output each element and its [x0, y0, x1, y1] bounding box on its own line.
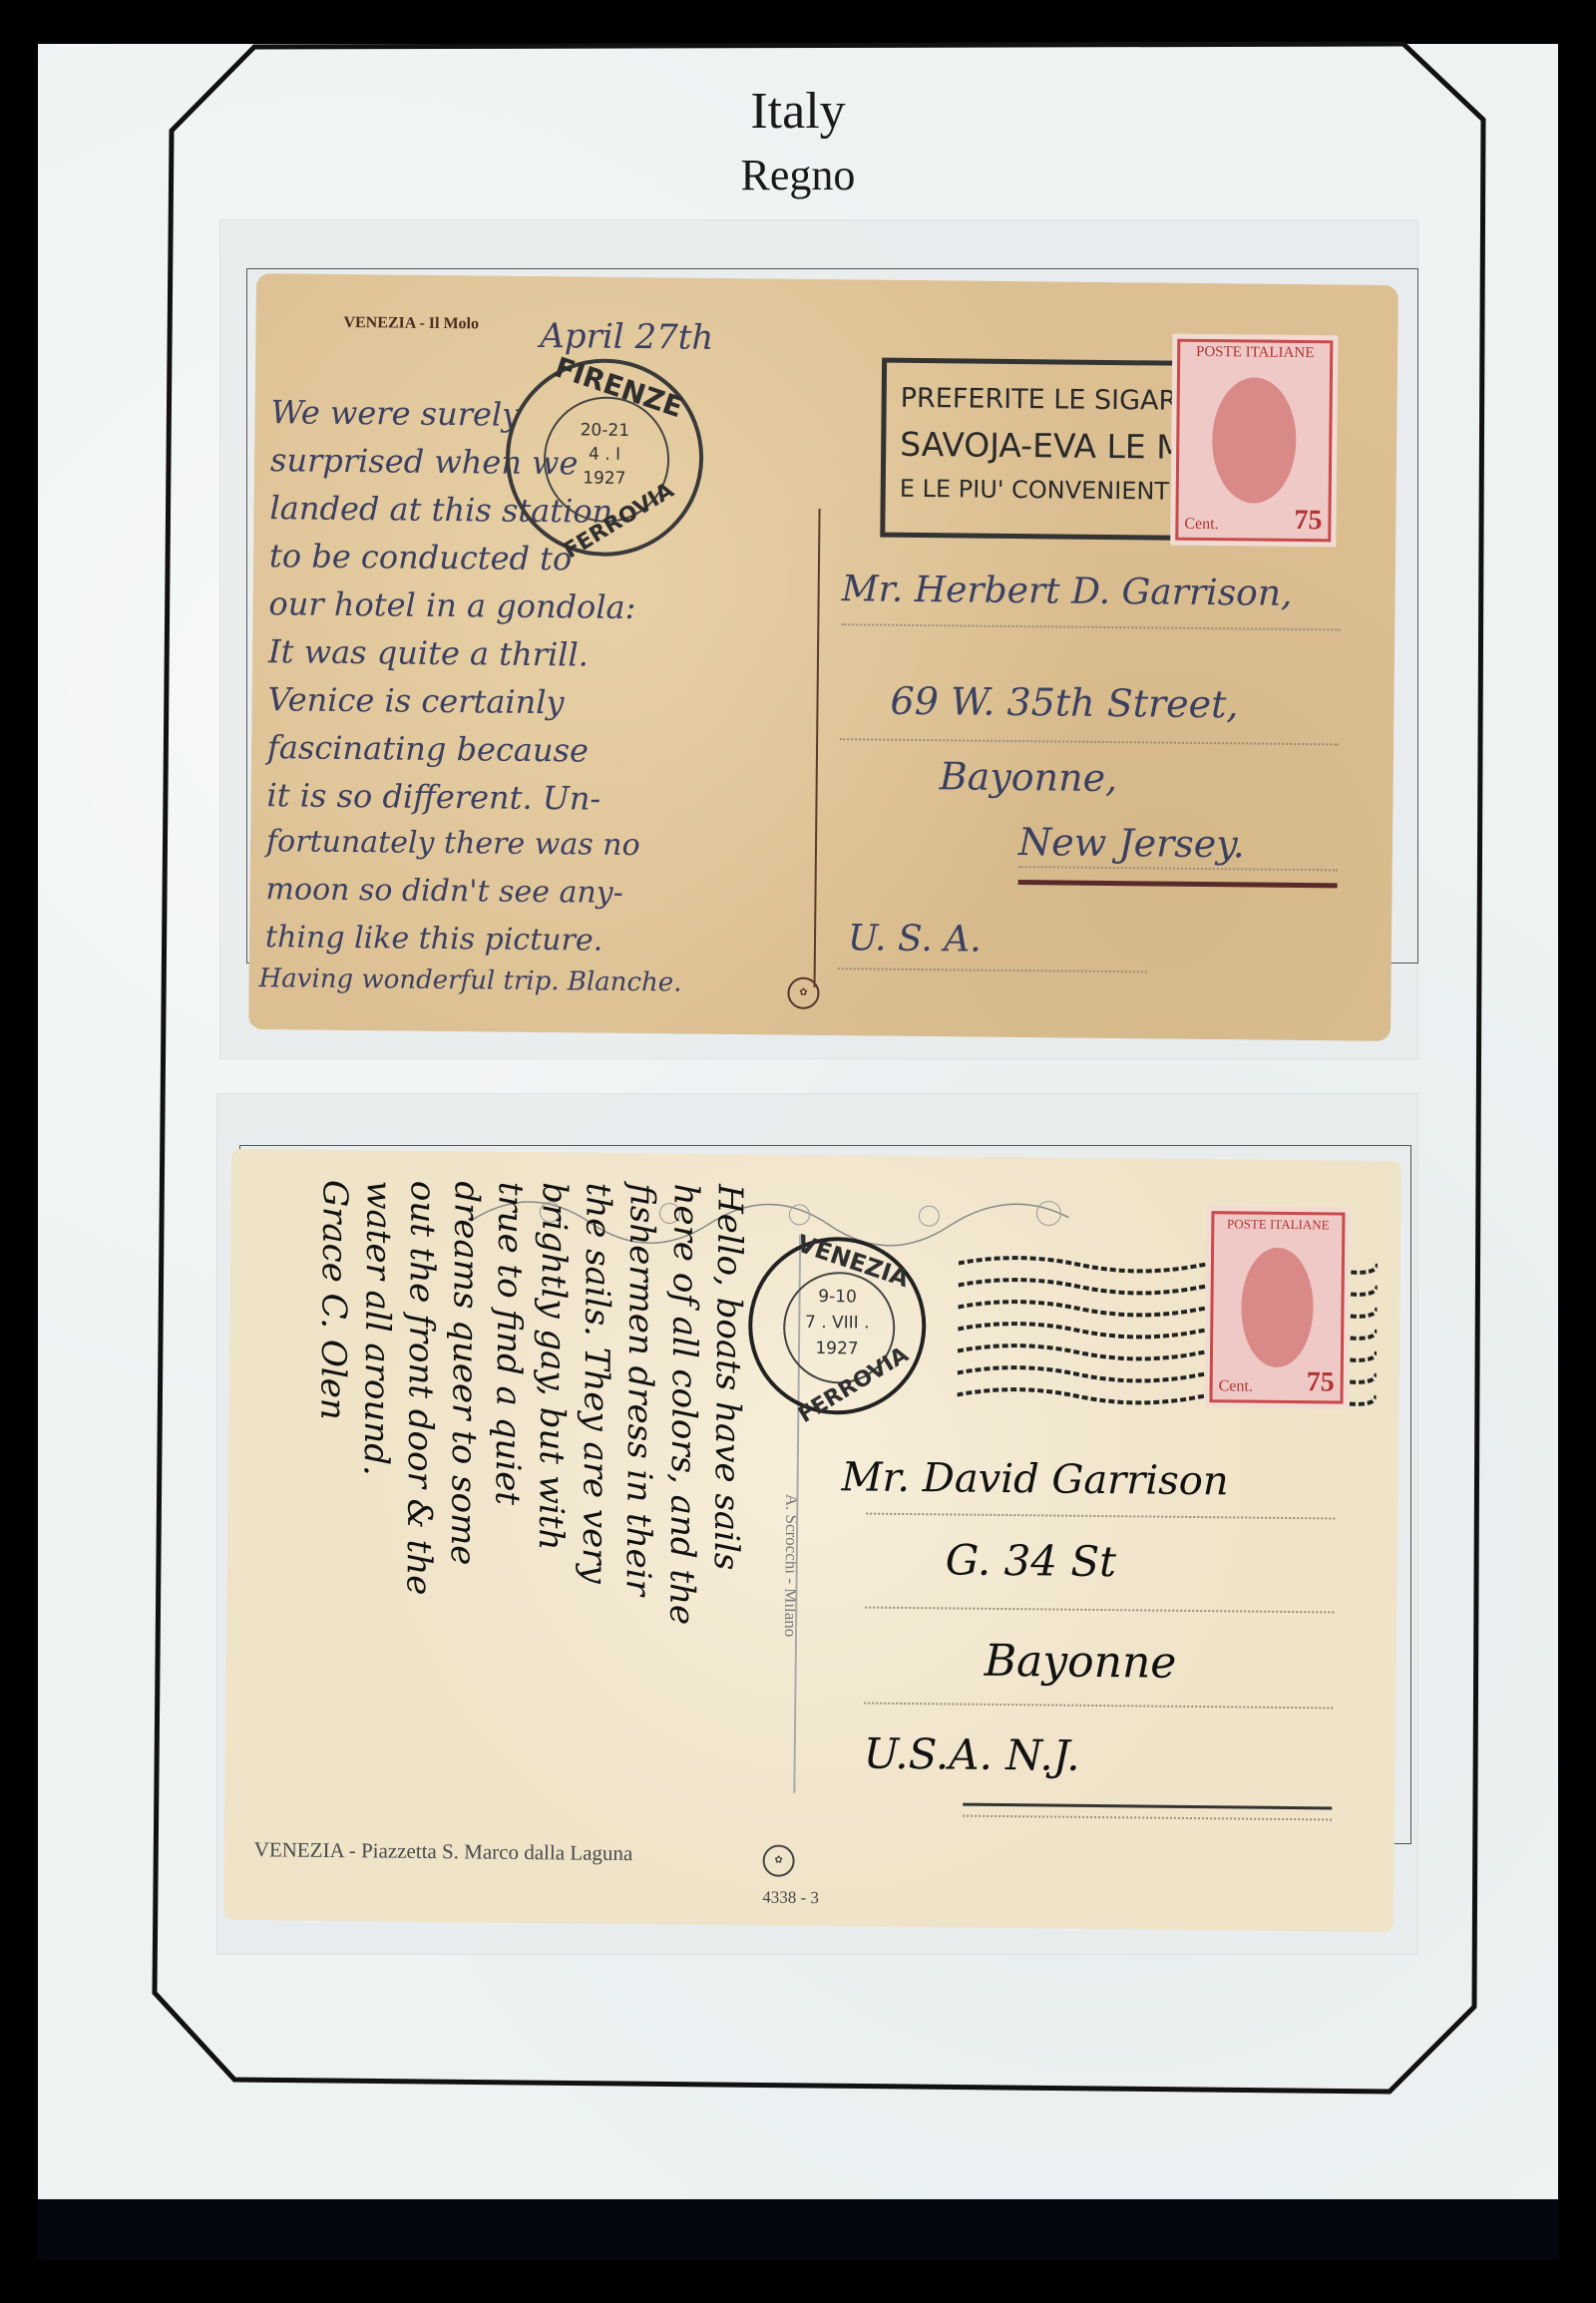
message-line: dreams queer to some: [443, 1181, 487, 1565]
message-line: brightly gay, but with: [531, 1182, 575, 1551]
address-line: New Jersey.: [1018, 820, 1245, 866]
address-guide-line: [838, 967, 1147, 972]
address-guide-line: [866, 1513, 1335, 1520]
postcard-1[interactable]: VENEZIA - Il Molo April 27th We were sur…: [248, 273, 1398, 1041]
page-title: Italy: [0, 82, 1596, 141]
postmark-venezia: 9-10 7 . VIII . 1927 VENEZIA FERROVIA: [747, 1236, 927, 1415]
postmark-firenze: 20-21 4 . I 1927 FIRENZE FERROVIA: [505, 358, 704, 558]
message-line: moon so didn't see any-: [265, 872, 623, 911]
address-guide-line: [963, 1815, 1332, 1821]
message-line: fortunately there was no: [266, 824, 640, 863]
message-line: thing like this picture.: [265, 920, 603, 959]
postage-stamp-1: POSTE ITALIANE Cent. 75: [1175, 339, 1333, 543]
address-line: 69 W. 35th Street,: [890, 679, 1238, 727]
address-line: Mr. Herbert D. Garrison,: [842, 569, 1293, 614]
page-subtitle: Regno: [0, 150, 1596, 200]
address-line: Bayonne,: [940, 754, 1118, 800]
message-line: to be conducted to: [269, 537, 573, 577]
message-line: here of all colors, and the: [661, 1183, 706, 1625]
message-line: out the front door & the: [398, 1181, 442, 1596]
message-line: Grace C. Olen: [312, 1180, 355, 1420]
address-guide-line: [864, 1703, 1333, 1710]
address-guide-line: [1018, 866, 1338, 871]
address-guide-line: [841, 623, 1340, 630]
message-line: We were surely: [270, 393, 520, 434]
underline: [963, 1803, 1332, 1810]
message-line: our hotel in a gondola:: [268, 584, 635, 626]
message-line: Venice is certainly: [267, 680, 564, 721]
publisher-logo-icon: ✿: [762, 1844, 794, 1876]
address-line: U. S. A.: [848, 918, 982, 960]
message-signature: Having wonderful trip. Blanche.: [258, 963, 681, 997]
address-line: G. 34 St: [946, 1535, 1117, 1586]
postcard-2[interactable]: Hello, boats have sailshere of all color…: [223, 1149, 1401, 1932]
address-line: Mr. David Garrison: [841, 1454, 1228, 1504]
printed-caption: VENEZIA - Piazzetta S. Marco dalla Lagun…: [254, 1837, 633, 1866]
address-guide-line: [840, 738, 1339, 745]
message-line: the sails. They are very: [575, 1183, 618, 1584]
postage-stamp-2: POSTE ITALIANE Cent. 75: [1209, 1211, 1345, 1403]
message-line: Hello, boats have sails: [706, 1184, 750, 1571]
message-line: it is so different. Un-: [266, 776, 600, 818]
message-line: It was quite a thrill.: [268, 632, 589, 673]
card-divider-line: [814, 509, 821, 987]
message-line: water all around.: [356, 1180, 399, 1476]
address-guide-line: [865, 1607, 1334, 1614]
address-line: Bayonne: [984, 1636, 1176, 1689]
underline: [1018, 880, 1338, 888]
message-line: fascinating because: [267, 728, 589, 769]
message-line: fishermen dress in their: [617, 1183, 661, 1596]
message-line: true to find a quiet: [487, 1182, 530, 1506]
address-line: U.S.A. N.J.: [864, 1729, 1080, 1780]
card-number: 4338 - 3: [762, 1887, 819, 1908]
printed-caption: VENEZIA - Il Molo: [343, 314, 479, 333]
